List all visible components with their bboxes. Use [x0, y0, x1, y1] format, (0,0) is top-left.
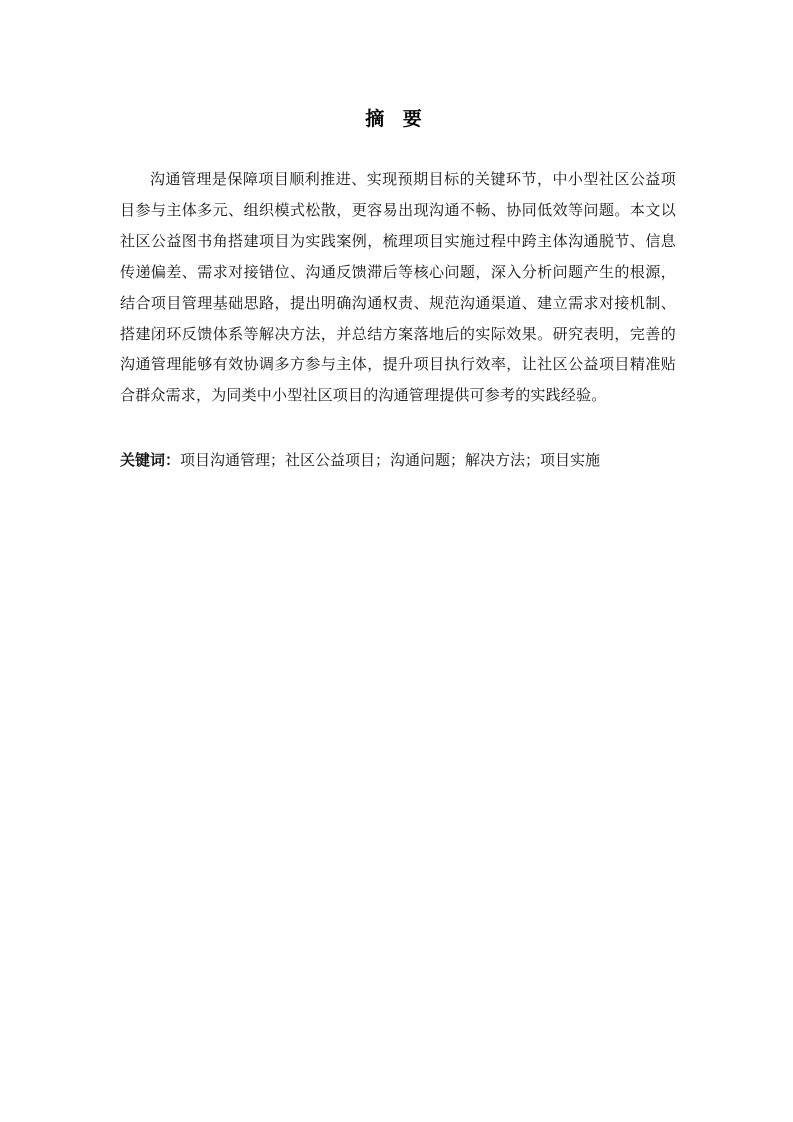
keywords-label: 关键词：: [120, 451, 180, 469]
document-page: 摘 要 沟通管理是保障项目顺利推进、实现预期目标的关键环节，中小型社区公益项目参…: [0, 0, 793, 1122]
keywords-list: 项目沟通管理；社区公益项目；沟通问题；解决方法；项目实施: [180, 451, 600, 469]
page-title: 摘 要: [0, 104, 793, 131]
abstract-paragraph: 沟通管理是保障项目顺利推进、实现预期目标的关键环节，中小型社区公益项目参与主体多…: [120, 164, 676, 411]
keywords-line: 关键词：项目沟通管理；社区公益项目；沟通问题；解决方法；项目实施: [120, 446, 676, 474]
